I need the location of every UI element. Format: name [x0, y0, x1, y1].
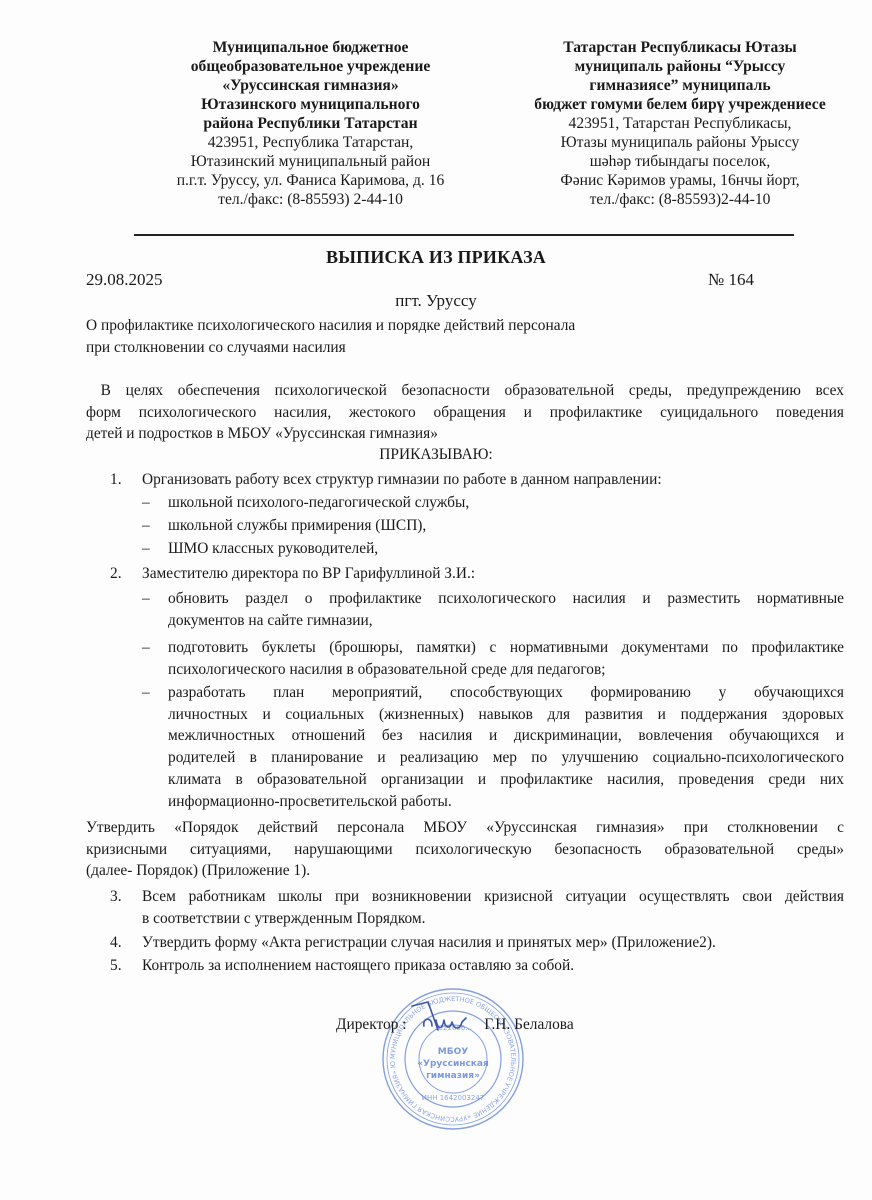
header-left-address: Ютазинский муниципальный район — [138, 152, 483, 171]
subitem-text: ШМО классных руководителей, — [168, 538, 844, 560]
item-number: 2. — [110, 563, 140, 585]
subitem: – обновить раздел о профилактике психоло… — [142, 588, 844, 634]
stamp-center-line: «Уруссинская — [417, 1059, 489, 1069]
header-left-address: 423951, Республика Татарстан, — [138, 133, 483, 152]
header-left-address: п.г.т. Уруссу, ул. Фаниса Каримова, д. 1… — [138, 171, 483, 190]
dash-bullet: – — [142, 538, 150, 560]
header-left-line: Муниципальное бюджетное — [138, 38, 483, 57]
item-line: Утвердить форму «Акта регистрации случая… — [142, 932, 844, 954]
header-divider — [134, 234, 794, 236]
stamp-center-line: МБОУ — [438, 1047, 468, 1057]
stamp-center-line: гимназия» — [426, 1071, 480, 1081]
subitem-line: документов на сайте гимназии, — [168, 610, 844, 632]
dash-bullet: – — [142, 637, 150, 659]
header-left-phone: тел./факс: (8-85593) 2-44-10 — [138, 190, 483, 209]
header-left-russian: Муниципальное бюджетное общеобразователь… — [138, 38, 483, 209]
item-line: Контроль за исполнением настоящего прика… — [142, 955, 844, 977]
document-title: ВЫПИСКА ИЗ ПРИКАЗА — [0, 247, 872, 268]
signature-role: Директор : — [336, 1016, 407, 1033]
item-number: 5. — [110, 955, 140, 977]
item-number: 1. — [110, 469, 140, 491]
header-right-tatar: Татарстан Республикасы Ютазы муниципаль … — [490, 38, 870, 209]
dash-bullet: – — [142, 492, 150, 514]
header-right-address: шәһәр тибындагы поселок, — [490, 152, 870, 171]
header-left-line: «Уруссинская гимназия» — [138, 76, 483, 95]
approve-line: кризисными ситуациями, нарушающими психо… — [86, 839, 844, 861]
header-left-line: района Республики Татарстан — [138, 114, 483, 133]
header-right-address: Ютазы муниципаль районы Урыссу — [490, 133, 870, 152]
subitem-line: климата в образовательной организации и … — [168, 769, 844, 791]
subitem-line: подготовить буклеты (брошюры, памятки) с… — [168, 637, 844, 659]
document-place: пгт. Уруссу — [0, 291, 872, 311]
signature-row: Директор : Г.Н. Белалова — [336, 1016, 574, 1034]
approve-line: (далее- Порядок) (Приложение 1). — [86, 860, 844, 882]
subitem-line: разработать план мероприятий, способству… — [168, 682, 844, 704]
item-text: Организовать работу всех структур гимназ… — [142, 469, 844, 491]
signature-name: Г.Н. Белалова — [484, 1016, 573, 1033]
header-right-phone: тел./факс: (8-85593)2-44-10 — [490, 190, 870, 209]
header-right-address: 423951, Татарстан Республикасы, — [490, 114, 870, 133]
header-right-line: бюджет гомуми белем бирү учреждениесе — [490, 95, 870, 114]
header-right-line: муниципаль районы “Урыссу — [490, 57, 870, 76]
subitem-line: психологического насилия в образовательн… — [168, 659, 844, 681]
subitem-text: школьной службы примирения (ШСП), — [168, 515, 844, 537]
document-subject: О профилактике психологического насилия … — [86, 315, 575, 359]
header-right-line: Татарстан Республикасы Ютазы — [490, 38, 870, 57]
dash-bullet: – — [142, 682, 150, 704]
subitem-line: межличностных отношений без насилия и ди… — [168, 725, 844, 747]
approve-line: Утвердить «Порядок действий персонала МБ… — [86, 817, 844, 839]
header-left-line: общеобразовательное учреждение — [138, 57, 483, 76]
intro-paragraph: В целях обеспечения психологической безо… — [86, 380, 844, 445]
stamp-inn: ИНН 1642003247 — [422, 1094, 485, 1102]
item-number: 4. — [110, 932, 140, 954]
header-right-address: Фәнис Кәримов урамы, 16нчы йорт, — [490, 171, 870, 190]
subject-line: О профилактике психологического насилия … — [86, 315, 575, 337]
dash-bullet: – — [142, 588, 150, 610]
dash-bullet: – — [142, 515, 150, 537]
intro-line: В целях обеспечения психологической безо… — [86, 380, 844, 402]
document-date: 29.08.2025 — [86, 270, 163, 290]
header-right-line: гимназиясе” муниципаль — [490, 76, 870, 95]
item-number: 3. — [110, 886, 140, 908]
subitem-text: школьной психолого-педагогической службы… — [168, 492, 844, 514]
approve-paragraph: Утвердить «Порядок действий персонала МБ… — [86, 817, 844, 882]
item-text: Заместителю директора по ВР Гарифуллиной… — [142, 563, 844, 585]
subitem-line: родителей в планирование и реализацию ме… — [168, 747, 844, 769]
item-line: в соответствии с утвержденным Порядком. — [142, 908, 844, 930]
intro-line: форм психологического насилия, жестокого… — [86, 402, 844, 424]
subitem-line: обновить раздел о профилактике психологи… — [168, 588, 844, 610]
intro-line: детей и подростков в МБОУ «Уруссинская г… — [86, 423, 844, 445]
item-line: Всем работникам школы при возникновении … — [142, 886, 844, 908]
document-number: № 164 — [708, 270, 754, 290]
order-word: ПРИКАЗЫВАЮ: — [0, 446, 872, 464]
subitem-line: информационно-просветительской работы. — [168, 791, 844, 813]
header-left-line: Ютазинского муниципального — [138, 95, 483, 114]
subject-line: при столкновении со случаями насилия — [86, 337, 575, 359]
subitem-line: личностных и социальных (жизненных) навы… — [168, 704, 844, 726]
subitem: – подготовить буклеты (брошюры, памятки)… — [142, 637, 844, 683]
